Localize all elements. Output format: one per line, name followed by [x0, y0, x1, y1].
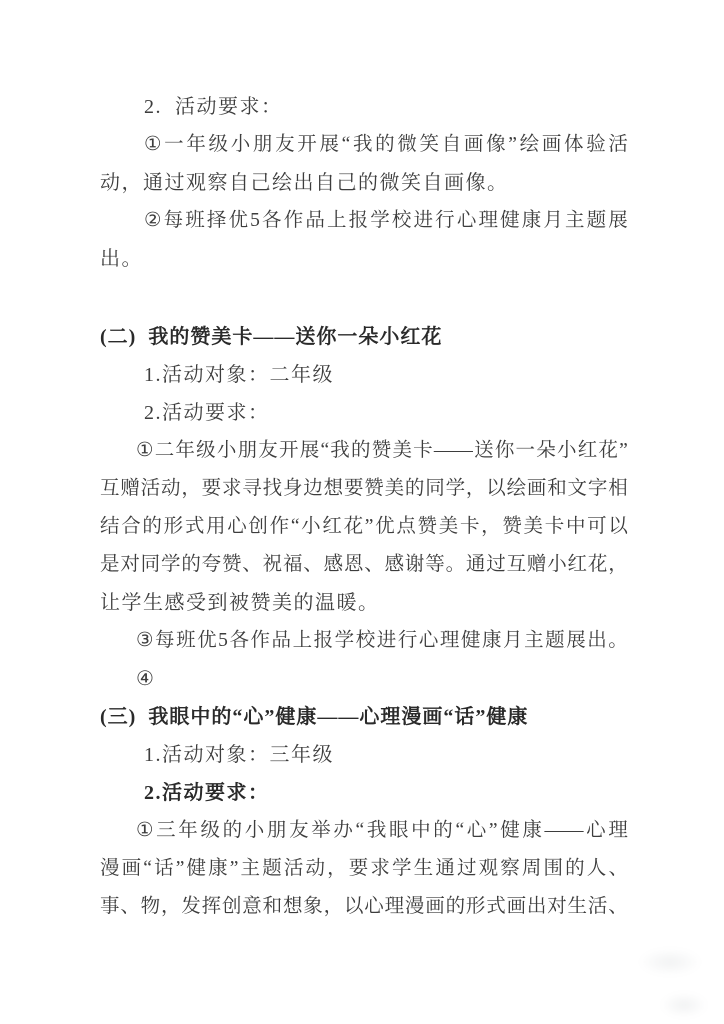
section3-item1-line2: 漫画“话”健康”主题活动，要求学生通过观察周围的人、 — [100, 850, 628, 888]
section2-item1-line3: 结合的形式用心创作“小红花”优点赞美卡，赞美卡中可以 — [100, 508, 628, 546]
section1-item2-line2: 出。 — [100, 240, 628, 278]
section2-target-line: 1.活动对象：二年级 — [100, 356, 628, 394]
section2-item1-line1: ①二年级小朋友开展“我的赞美卡——送你一朵小红花” — [100, 432, 628, 470]
section3-target-line: 1.活动对象：三年级 — [100, 736, 628, 774]
scan-smudge-artifact — [660, 992, 708, 1018]
section1-item1-line2: 动，通过观察自己绘出自己的微笑自画像。 — [100, 164, 628, 202]
section1-requirements-heading: 2. 活动要求： — [100, 88, 628, 126]
section1-item1-line1: ①一年级小朋友开展“我的微笑自画像”绘画体验活 — [100, 126, 628, 164]
section2-item1-line5: 让学生感受到被赞美的温暖。 — [100, 584, 628, 622]
section2-heading: (二) 我的赞美卡——送你一朵小红花 — [100, 318, 628, 356]
section2-item1-line4: 是对同学的夸赞、祝福、感恩、感谢等。通过互赠小红花， — [100, 546, 628, 584]
section3-item1-line1: ①三年级的小朋友举办“我眼中的“心”健康——心理 — [100, 812, 628, 850]
section2-item1-line2: 互赠活动，要求寻找身边想要赞美的同学，以绘画和文字相 — [100, 470, 628, 508]
document-page: 2. 活动要求： ①一年级小朋友开展“我的微笑自画像”绘画体验活 动，通过观察自… — [0, 0, 724, 1024]
section3-item1-line3: 事、物，发挥创意和想象，以心理漫画的形式画出对生活、 — [100, 888, 628, 926]
section2-item2-line1: ③每班优5各作品上报学校进行心理健康月主题展出。 — [100, 622, 628, 660]
section2-requirements-heading: 2.活动要求： — [100, 394, 628, 432]
section2-item3-line1: ④ — [100, 660, 628, 698]
scan-smudge-artifact — [638, 948, 702, 976]
section3-requirements-heading: 2.活动要求： — [100, 774, 628, 812]
section1-item2-line1: ②每班择优5各作品上报学校进行心理健康月主题展 — [100, 202, 628, 240]
section3-heading: (三) 我眼中的“心”健康——心理漫画“话”健康 — [100, 698, 628, 736]
